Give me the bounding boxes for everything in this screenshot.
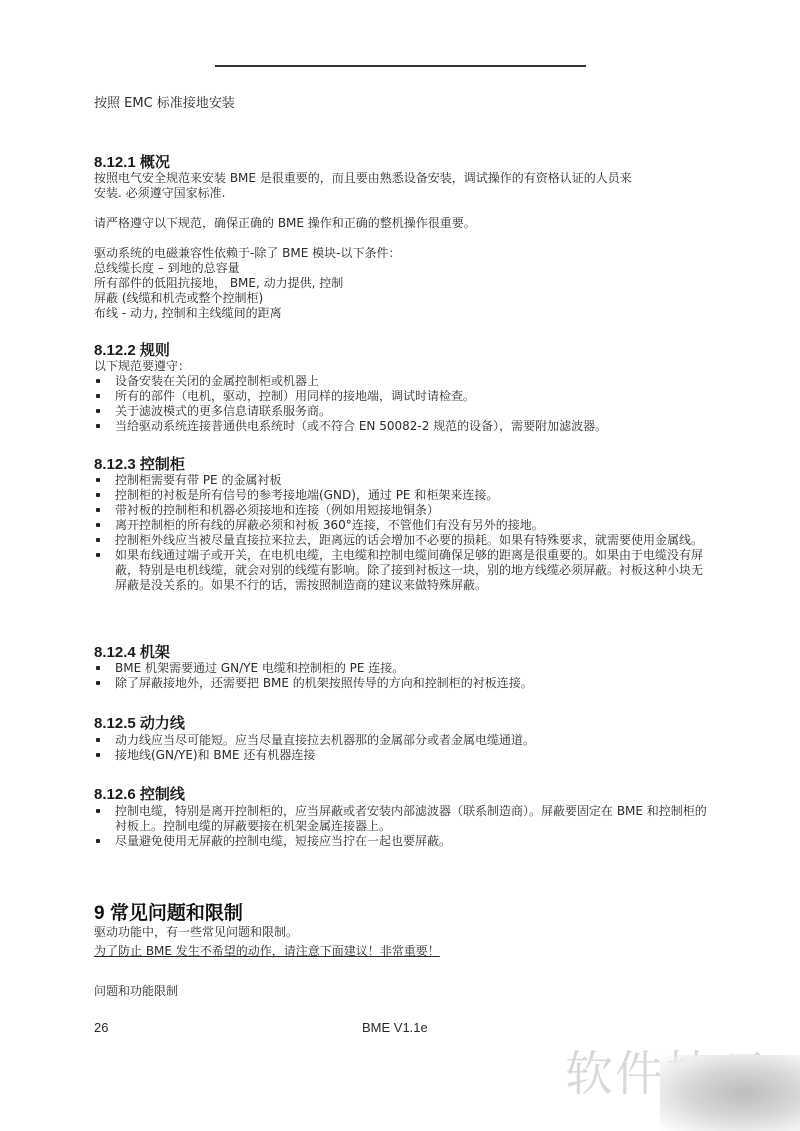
condition-item: 布线 - 动力, 控制和主线缆间的距离 <box>94 306 709 321</box>
s6-control-list: 控制电缆，特别是离开控制柜的，应当屏蔽或者安装内部滤波器（联系制造商）。屏蔽要固… <box>94 804 709 849</box>
list-item: 除了屏蔽接地外，还需要把 BME 的机架按照传导的方向和控制柜的衬板连接。 <box>94 676 709 691</box>
s1-para1-line2: 安装. 必须遵守国家标准. <box>94 186 709 201</box>
s2-intro: 以下规范要遵守： <box>94 359 709 374</box>
s5-power-list: 动力线应当尽可能短。应当尽量直接拉去机器那的金属部分或者金属电缆通道。 接地线(… <box>94 733 709 763</box>
bullet-icon <box>96 493 100 497</box>
condition-item: 所有部件的低阻抗接地， BME, 动力提供, 控制 <box>94 276 709 291</box>
bullet-icon <box>96 666 100 670</box>
bullet-icon <box>96 753 100 757</box>
list-item: 控制柜的衬板是所有信号的参考接地端(GND)，通过 PE 和柜架来连接。 <box>94 488 709 503</box>
s2-rule-list: 设备安装在关闭的金属控制柜或机器上 所有的部件（电机，驱动，控制）用同样的接地端… <box>94 374 709 434</box>
s1-conditions: 驱动系统的电磁兼容性依赖于-除了 BME 模块-以下条件： 总线缆长度 – 到地… <box>94 246 709 321</box>
chapter-heading-9: 9 常见问题和限制 <box>94 898 243 925</box>
list-item: 设备安装在关闭的金属控制柜或机器上 <box>94 374 709 389</box>
s1-list-intro: 驱动系统的电磁兼容性依赖于-除了 BME 模块-以下条件： <box>94 246 709 261</box>
list-item: 控制柜需要有带 PE 的金属衬板 <box>94 473 709 488</box>
bullet-icon <box>96 424 100 428</box>
list-item: 如果布线通过端子或开关，在电机电缆，主电缆和控制电缆间确保足够的距离是很重要的。… <box>94 548 709 593</box>
list-item: 动力线应当尽可能短。应当尽量直接拉去机器那的金属部分或者金属电缆通道。 <box>94 733 709 748</box>
section-heading-8-12-6: 8.12.6 控制线 <box>94 783 185 804</box>
list-item: 关于滤波模式的更多信息请联系服务商。 <box>94 404 709 419</box>
page-number: 26 <box>94 1020 108 1035</box>
s4-frame-list: BME 机架需要通过 GN/YE 电缆和控制柜的 PE 连接。 除了屏蔽接地外，… <box>94 661 709 691</box>
footer-doc-title: BME V1.1e <box>362 1020 428 1035</box>
bullet-icon <box>96 553 100 557</box>
list-item: 带衬板的控制柜和机器必须接地和连接（例如用短接地铜条） <box>94 503 709 518</box>
s1-paragraph-2: 请严格遵守以下规范，确保正确的 BME 操作和正确的整机操作很重要。 <box>94 216 709 231</box>
list-item: 控制电缆，特别是离开控制柜的，应当屏蔽或者安装内部滤波器（联系制造商）。屏蔽要固… <box>94 804 709 834</box>
bullet-icon <box>96 394 100 398</box>
section-heading-8-12-5: 8.12.5 动力线 <box>94 712 185 733</box>
condition-item: 总线缆长度 – 到地的总容量 <box>94 261 709 276</box>
chapter9-subtitle: 问题和功能限制 <box>94 984 178 999</box>
chapter9-intro: 驱动功能中，有一些常见问题和限制。 <box>94 925 709 940</box>
bullet-icon <box>96 478 100 482</box>
s1-paragraph-1: 按照电气安全规范来安装 BME 是很重要的，而且要由熟悉设备安装，调试操作的有资… <box>94 171 709 201</box>
bullet-icon <box>96 809 100 813</box>
bullet-icon <box>96 538 100 542</box>
condition-item: 屏蔽 (线缆和机壳或整个控制柜) <box>94 291 709 306</box>
bullet-icon <box>96 839 100 843</box>
s3-cabinet-list: 控制柜需要有带 PE 的金属衬板 控制柜的衬板是所有信号的参考接地端(GND)，… <box>94 473 709 593</box>
bullet-icon <box>96 681 100 685</box>
header-rule <box>215 65 586 67</box>
list-item: 所有的部件（电机，驱动，控制）用同样的接地端，调试时请检查。 <box>94 389 709 404</box>
s1-para1-line1: 按照电气安全规范来安装 BME 是很重要的，而且要由熟悉设备安装，调试操作的有资… <box>94 171 709 186</box>
list-item: 接地线(GN/YE)和 BME 还有机器连接 <box>94 748 709 763</box>
list-item: 尽量避免使用无屏蔽的控制电缆，短接应当拧在一起也要屏蔽。 <box>94 834 709 849</box>
list-item: 当给驱动系统连接普通供电系统时（或不符合 EN 50082-2 规范的设备），需… <box>94 419 709 434</box>
bullet-icon <box>96 738 100 742</box>
chapter9-warning: 为了防止 BME 发生不希望的动作，请注意下面建议！非常重要！ <box>94 944 440 959</box>
bullet-icon <box>96 508 100 512</box>
list-item: BME 机架需要通过 GN/YE 电缆和控制柜的 PE 连接。 <box>94 661 709 676</box>
list-item: 控制柜外线应当被尽量直接拉来拉去，距离远的话会增加不必要的损耗。如果有特殊要求，… <box>94 533 709 548</box>
section-heading-8-12-2: 8.12.2 规则 <box>94 339 170 360</box>
intro-text: 按照 EMC 标准接地安装 <box>94 96 235 111</box>
bullet-icon <box>96 523 100 527</box>
bullet-icon <box>96 409 100 413</box>
section-heading-8-12-3: 8.12.3 控制柜 <box>94 453 185 474</box>
section-heading-8-12-1: 8.12.1 概况 <box>94 151 170 172</box>
watermark-smudge <box>660 1055 800 1131</box>
section-heading-8-12-4: 8.12.4 机架 <box>94 641 170 662</box>
list-item: 离开控制柜的所有线的屏蔽必须和衬板 360°连接，不管他们有没有另外的接地。 <box>94 518 709 533</box>
bullet-icon <box>96 379 100 383</box>
